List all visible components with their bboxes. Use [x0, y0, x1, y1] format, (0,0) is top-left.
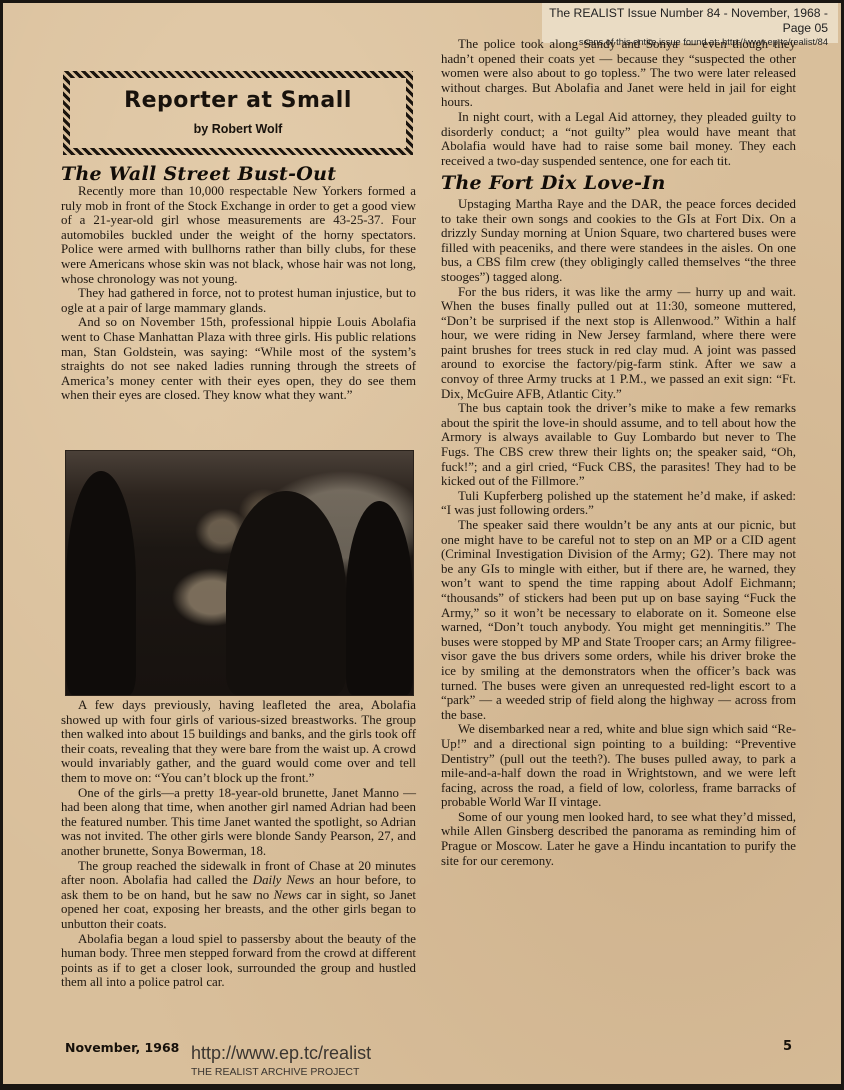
paragraph: They had gathered in force, not to prote…: [61, 286, 416, 315]
photo-figure-left: [66, 471, 136, 695]
paragraph: The police took along Sandy and Sonya — …: [441, 37, 796, 110]
heading-wall-street: The Wall Street Bust-Out: [61, 163, 336, 185]
paragraph: For the bus riders, it was like the army…: [441, 285, 796, 402]
paragraph: Some of our young men looked hard, to se…: [441, 810, 796, 868]
paragraph: We disembarked near a red, white and blu…: [441, 722, 796, 810]
paragraph: The speaker said there wouldn’t be any a…: [441, 518, 796, 722]
paragraph: Recently more than 10,000 respectable Ne…: [61, 184, 416, 286]
news-photo: [65, 450, 414, 696]
paragraph-chase: The group reached the sidewalk in front …: [61, 859, 416, 932]
footer-issue-date: November, 1968: [65, 1040, 179, 1055]
paragraph: In night court, with a Legal Aid attorne…: [441, 110, 796, 168]
footer-archive-project: THE REALIST ARCHIVE PROJECT: [191, 1066, 359, 1078]
heading-fort-dix: The Fort Dix Love-In: [441, 176, 796, 191]
column-masthead: Reporter at Small by Robert Wolf: [63, 71, 413, 155]
paragraph: And so on November 15th, professional hi…: [61, 315, 416, 403]
paragraph: Upstaging Martha Raye and the DAR, the p…: [441, 197, 796, 285]
photo-figure-right: [346, 501, 413, 695]
paragraph: The bus captain took the driver’s mike t…: [441, 401, 796, 489]
magazine-page: The REALIST Issue Number 84 - November, …: [3, 3, 841, 1084]
paragraph: Tuli Kupferberg polished up the statemen…: [441, 489, 796, 518]
paragraph: One of the girls—a pretty 18-year-old br…: [61, 786, 416, 859]
article-column-right: The police took along Sandy and Sonya — …: [441, 37, 796, 868]
article-column-left-top: Recently more than 10,000 respectable Ne…: [61, 184, 416, 403]
byline: by Robert Wolf: [70, 122, 406, 136]
archive-issue-title: The REALIST Issue Number 84 - November, …: [542, 3, 828, 36]
photo-figure-man: [226, 491, 346, 695]
publication-name: Daily News: [253, 873, 315, 887]
paragraph: Abolafia began a loud spiel to passersby…: [61, 932, 416, 990]
paragraph: A few days previously, having leafleted …: [61, 698, 416, 786]
article-column-left-bottom: A few days previously, having leafleted …: [61, 698, 416, 990]
column-title: Reporter at Small: [70, 88, 406, 113]
publication-name: News: [274, 888, 302, 902]
page-number: 5: [783, 1039, 792, 1054]
footer-archive-url[interactable]: http://www.ep.tc/realist: [191, 1043, 371, 1064]
